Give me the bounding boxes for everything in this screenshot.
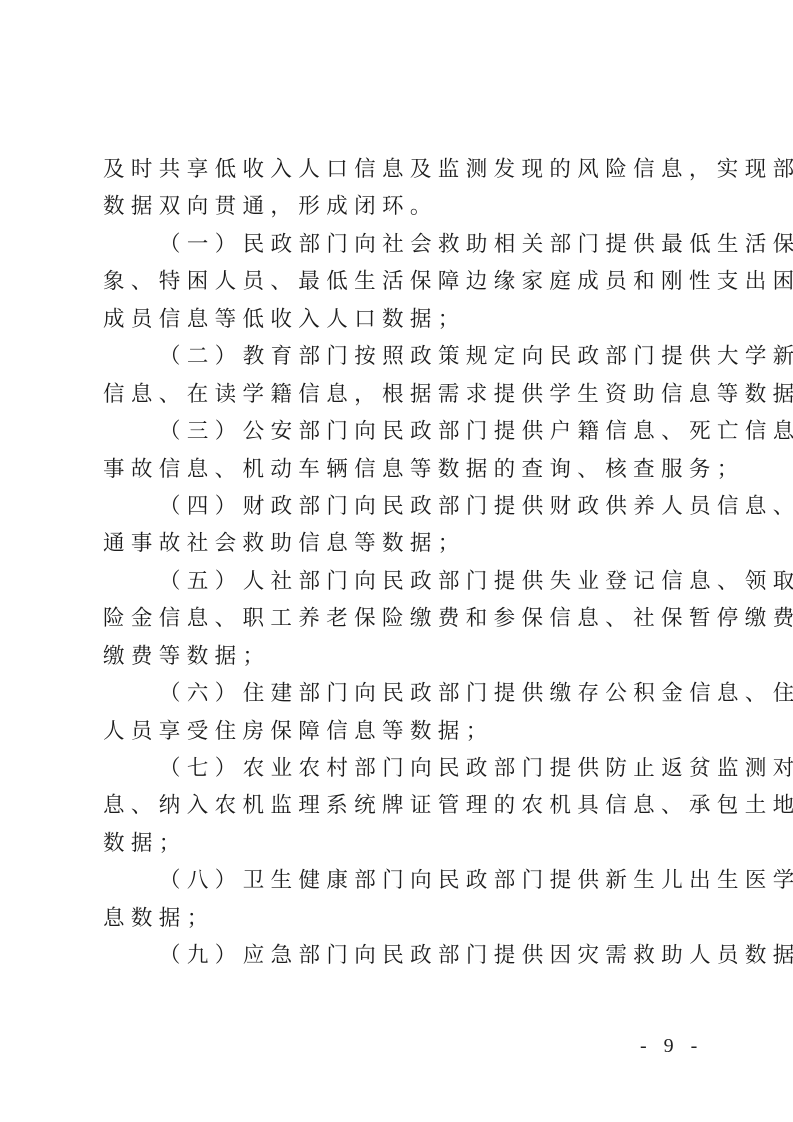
- item-5-heading-line: （五）人社部门向民政部门提供失业登记信息、领取失业保: [103, 563, 703, 600]
- text-line: 通事故社会救助信息等数据；: [103, 525, 703, 562]
- document-body: 及时共享低收入人口信息及监测发现的风险信息，实现部门间 数据双向贯通，形成闭环。…: [103, 151, 703, 975]
- item-2-heading-line: （二）教育部门按照政策规定向民政部门提供大学新生录取: [103, 338, 703, 375]
- item-4-heading-line: （四）财政部门向民政部门提供财政供养人员信息、道路交: [103, 488, 703, 525]
- text-line: 息数据；: [103, 900, 703, 937]
- item-6-heading-line: （六）住建部门向民政部门提供缴存公积金信息、住房救助: [103, 675, 703, 712]
- text-line: 成员信息等低收入人口数据；: [103, 301, 703, 338]
- text-line: 险金信息、职工养老保险缴费和参保信息、社保暂停缴费或终止: [103, 600, 703, 637]
- document-page: 及时共享低收入人口信息及监测发现的风险信息，实现部门间 数据双向贯通，形成闭环。…: [0, 0, 793, 1122]
- page-number: - 9 -: [640, 1035, 703, 1058]
- text-line: 及时共享低收入人口信息及监测发现的风险信息，实现部门间: [103, 151, 703, 188]
- text-line: 缴费等数据；: [103, 638, 703, 675]
- text-line: 数据双向贯通，形成闭环。: [103, 188, 703, 225]
- text-line: 息、纳入农机监理系统牌证管理的农机具信息、承包土地信息等: [103, 787, 703, 824]
- item-9-heading-line: （九）应急部门向民政部门提供因灾需救助人员数据；: [103, 937, 703, 974]
- text-line: 象、特困人员、最低生活保障边缘家庭成员和刚性支出困难家庭: [103, 263, 703, 300]
- item-3-heading-line: （三）公安部门向民政部门提供户籍信息、死亡信息、意外: [103, 413, 703, 450]
- item-8-heading-line: （八）卫生健康部门向民政部门提供新生儿出生医学基本信: [103, 862, 703, 899]
- text-line: 人员享受住房保障信息等数据；: [103, 713, 703, 750]
- text-line: 事故信息、机动车辆信息等数据的查询、核查服务；: [103, 451, 703, 488]
- text-line: 信息、在读学籍信息，根据需求提供学生资助信息等数据；: [103, 376, 703, 413]
- item-7-heading-line: （七）农业农村部门向民政部门提供防止返贫监测对象信: [103, 750, 703, 787]
- text-line: 数据；: [103, 825, 703, 862]
- item-1-heading-line: （一）民政部门向社会救助相关部门提供最低生活保障对: [103, 226, 703, 263]
